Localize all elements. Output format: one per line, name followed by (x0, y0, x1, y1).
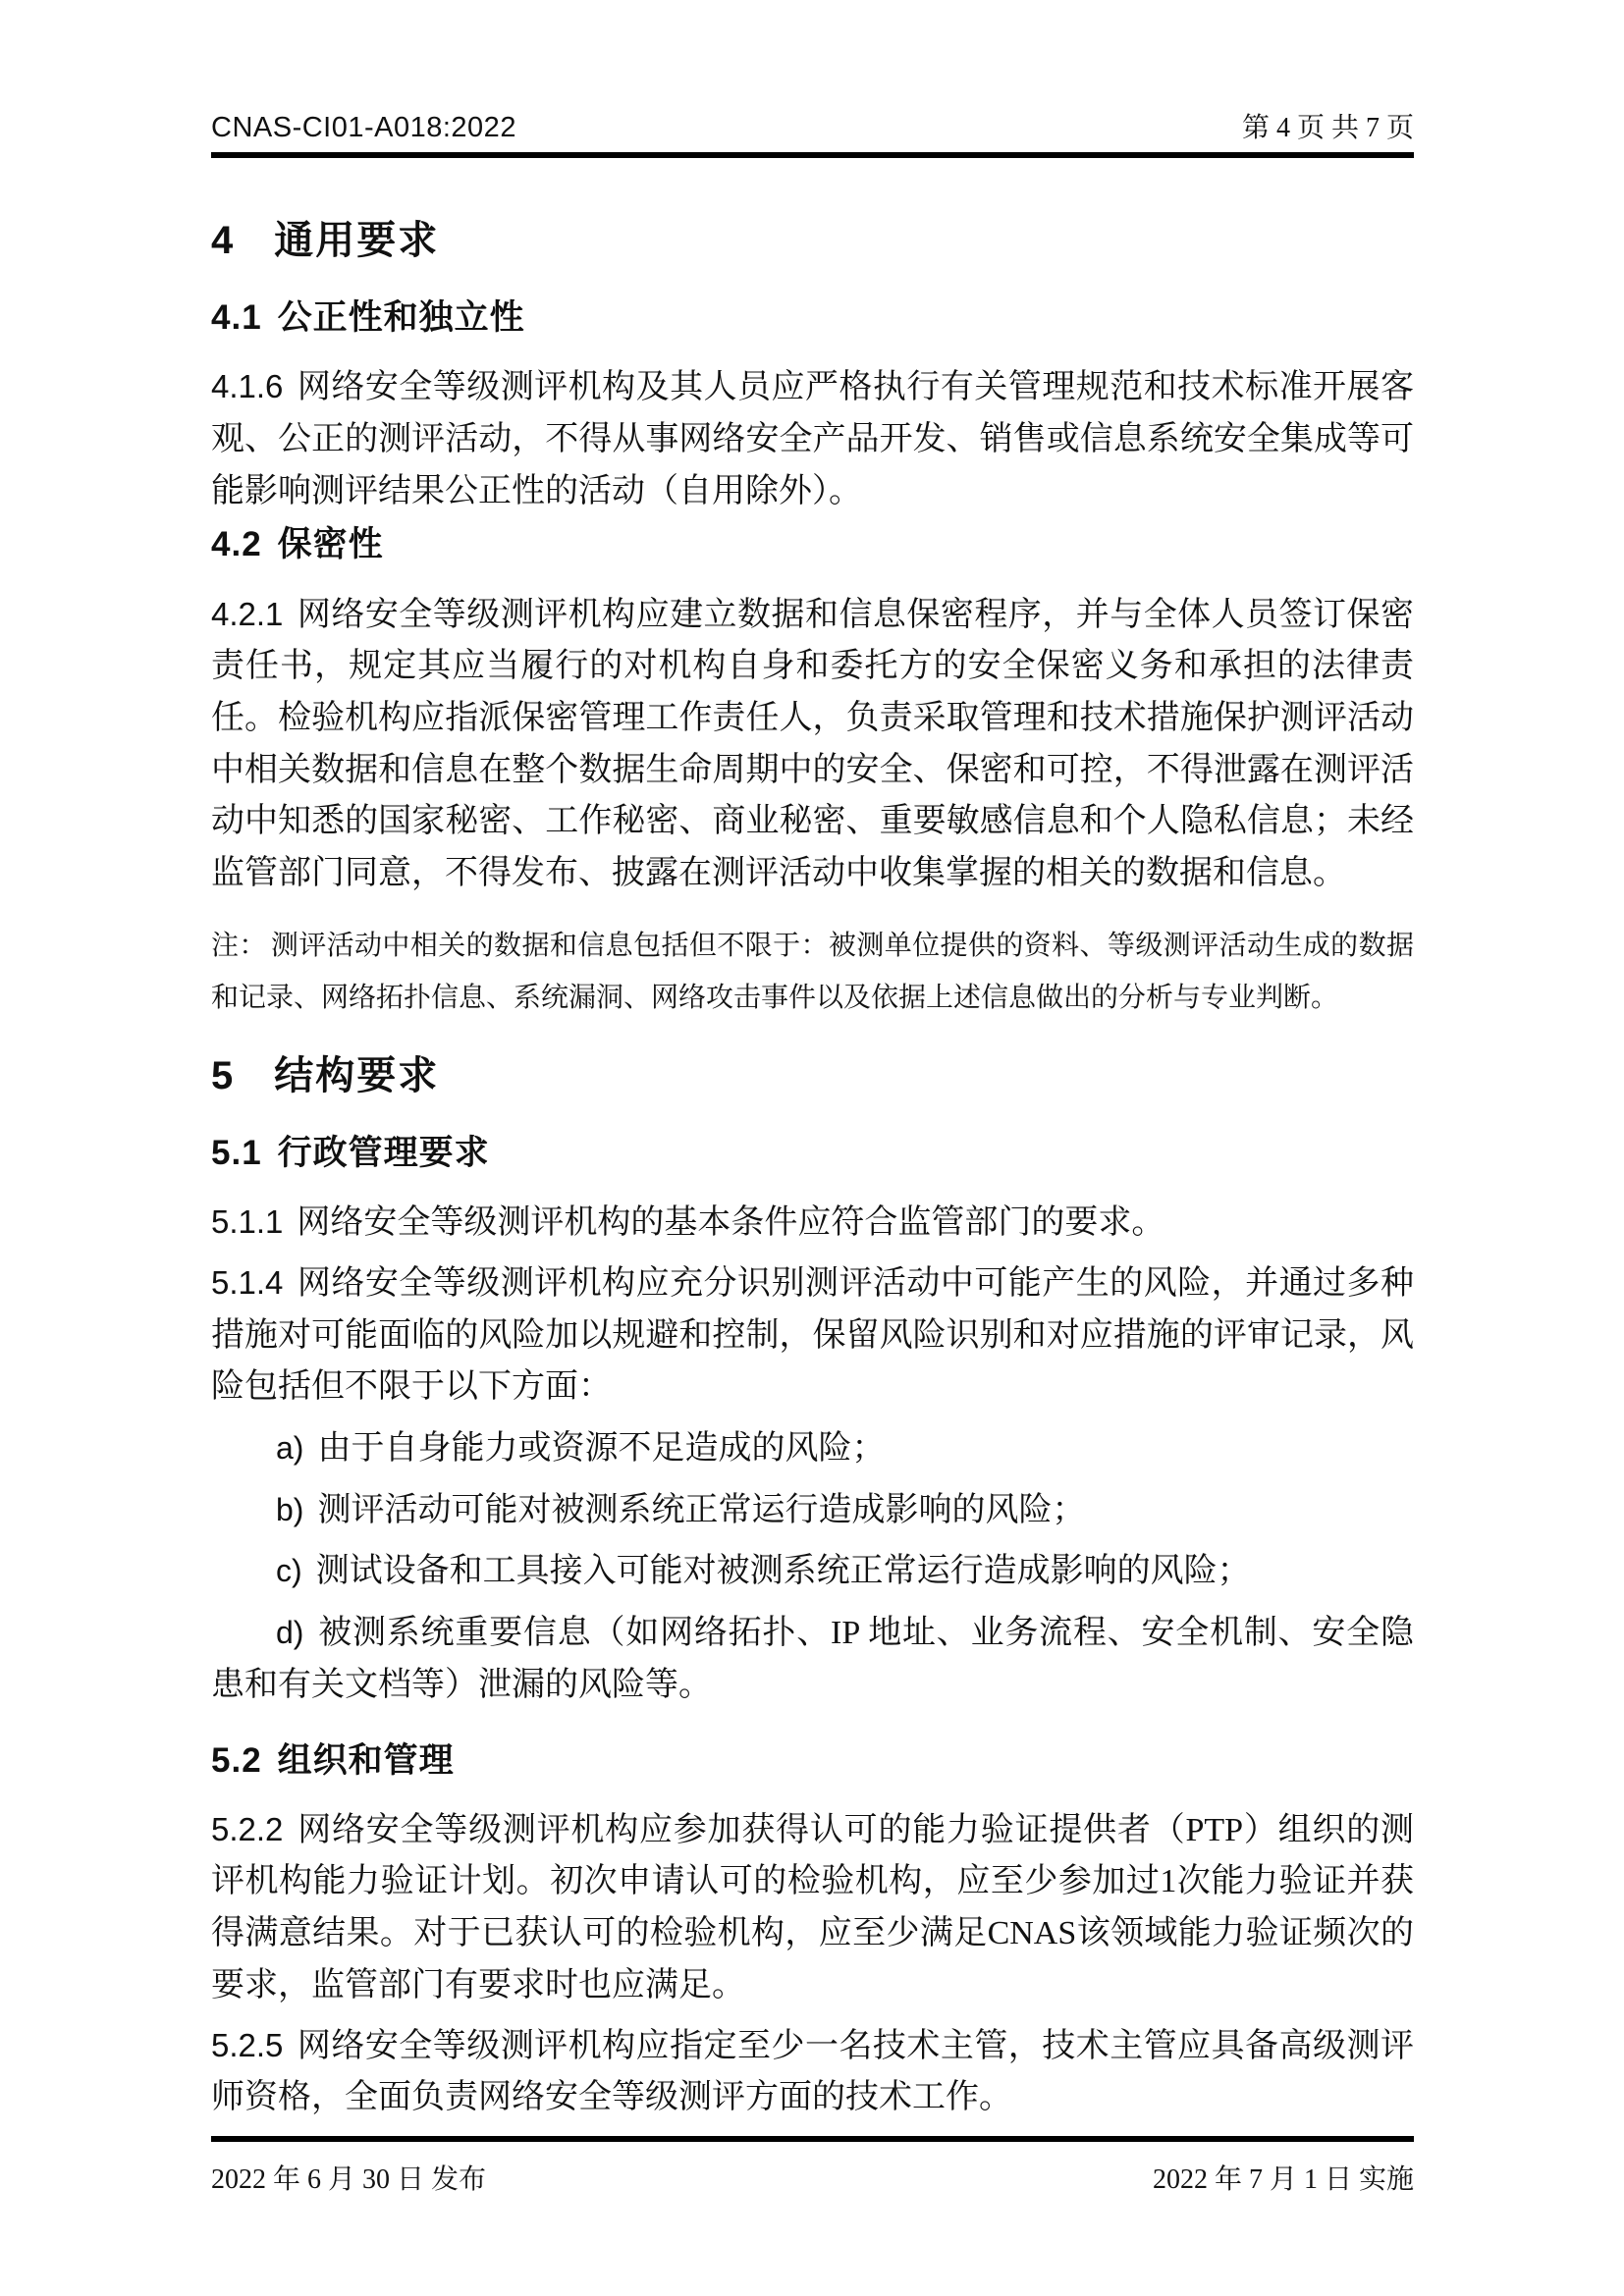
clause-5-2-2-text: 网络安全等级测评机构应参加获得认可的能力验证提供者（PTP）组织的测评机构能力验… (211, 1812, 1414, 2003)
clause-5-2-5-text: 网络安全等级测评机构应指定至少一名技术主管，技术主管应具备高级测评师资格，全面负… (211, 2028, 1414, 2116)
section-5-1-heading: 5.1行政管理要求 (211, 1134, 1414, 1173)
section-5-2-number: 5.2 (211, 1741, 262, 1780)
clause-5-2-5: 5.2.5网络安全等级测评机构应指定至少一名技术主管，技术主管应具备高级测评师资… (211, 2020, 1414, 2124)
section-4-heading: 4通用要求 (211, 218, 1414, 263)
clause-4-2-1: 4.2.1网络安全等级测评机构应建立数据和信息保密程序，并与全体人员签订保密责任… (211, 589, 1414, 900)
risk-item-c-text: 测试设备和工具接入可能对被测系统正常运行造成影响的风险； (316, 1553, 1251, 1589)
clause-5-2-2: 5.2.2网络安全等级测评机构应参加获得认可的能力验证提供者（PTP）组织的测评… (211, 1804, 1414, 2012)
implementation-date: 2022 年 7 月 1 日 实施 (1153, 2158, 1414, 2197)
document-content: 4通用要求 4.1公正性和独立性 4.1.6网络安全等级测评机构及其人员应严格执… (211, 159, 1414, 2124)
risk-item-b: b)测评活动可能对被测系统正常运行造成影响的风险； (211, 1485, 1414, 1537)
section-4-2-title: 保密性 (278, 525, 384, 563)
section-5-2-title: 组织和管理 (278, 1741, 455, 1780)
risk-item-a-label: a) (276, 1430, 303, 1466)
page-header: CNAS-CI01-A018:2022 第 4 页 共 7 页 (211, 106, 1414, 145)
section-4-title: 通用要求 (274, 219, 439, 262)
risk-item-a-text: 由于自身能力或资源不足造成的风险； (317, 1430, 885, 1467)
risk-item-b-label: b) (276, 1492, 303, 1527)
clause-5-1-4: 5.1.4网络安全等级测评机构应充分识别测评活动中可能产生的风险，并通过多种措施… (211, 1257, 1414, 1414)
clause-5-2-2-number: 5.2.2 (211, 1811, 283, 1847)
section-5-2-heading: 5.2组织和管理 (211, 1741, 1414, 1781)
section-5-1-title: 行政管理要求 (278, 1134, 490, 1172)
clause-4-2-1-text: 网络安全等级测评机构应建立数据和信息保密程序，并与全体人员签订保密责任书，规定其… (211, 597, 1414, 891)
risk-item-b-text: 测评活动可能对被测系统正常运行造成影响的风险； (317, 1492, 1085, 1528)
risk-item-a: a)由于自身能力或资源不足造成的风险； (211, 1423, 1414, 1475)
clause-4-2-1-number: 4.2.1 (211, 596, 283, 632)
clause-5-1-4-text: 网络安全等级测评机构应充分识别测评活动中可能产生的风险，并通过多种措施对可能面临… (211, 1265, 1414, 1405)
section-5-heading: 5结构要求 (211, 1053, 1414, 1098)
risk-item-d: d)被测系统重要信息（如网络拓扑、IP 地址、业务流程、安全机制、安全隐患和有关… (211, 1608, 1414, 1711)
clause-4-1-6-text: 网络安全等级测评机构及其人员应严格执行有关管理规范和技术标准开展客观、公正的测评… (211, 369, 1414, 508)
footer-rule (211, 2136, 1414, 2142)
clause-5-1-1: 5.1.1网络安全等级测评机构的基本条件应符合监管部门的要求。 (211, 1197, 1414, 1250)
document-page: CNAS-CI01-A018:2022 第 4 页 共 7 页 4通用要求 4.… (0, 0, 1624, 2296)
risk-item-d-label: d) (276, 1615, 303, 1650)
clause-5-1-1-number: 5.1.1 (211, 1203, 283, 1240)
section-4-2-number: 4.2 (211, 525, 262, 563)
section-4-1-heading: 4.1公正性和独立性 (211, 298, 1414, 338)
release-date: 2022 年 6 月 30 日 发布 (211, 2158, 486, 2197)
section-4-2-heading: 4.2保密性 (211, 525, 1414, 564)
risk-item-d-text: 被测系统重要信息（如网络拓扑、IP 地址、业务流程、安全机制、安全隐患和有关文档… (211, 1615, 1414, 1703)
section-4-1-number: 4.1 (211, 298, 262, 337)
section-4-1-title: 公正性和独立性 (278, 298, 525, 337)
section-4-number: 4 (211, 219, 235, 262)
confidentiality-note: 注：测评活动中相关的数据和信息包括但不限于：被测单位提供的资料、等级测评活动生成… (211, 920, 1414, 1024)
clause-5-1-4-number: 5.1.4 (211, 1264, 283, 1301)
note-text: 测评活动中相关的数据和信息包括但不限于：被测单位提供的资料、等级测评活动生成的数… (211, 931, 1414, 1013)
document-code: CNAS-CI01-A018:2022 (211, 112, 516, 144)
clause-5-1-1-text: 网络安全等级测评机构的基本条件应符合监管部门的要求。 (297, 1204, 1164, 1241)
clause-4-1-6-number: 4.1.6 (211, 368, 283, 404)
page-footer: 2022 年 6 月 30 日 发布 2022 年 7 月 1 日 实施 (211, 2158, 1414, 2197)
risk-item-c: c)测试设备和工具接入可能对被测系统正常运行造成影响的风险； (211, 1546, 1414, 1598)
page-number-indicator: 第 4 页 共 7 页 (1242, 106, 1414, 145)
section-5-1-number: 5.1 (211, 1134, 262, 1172)
risk-item-c-label: c) (276, 1553, 302, 1588)
header-rule (211, 152, 1414, 158)
section-5-number: 5 (211, 1054, 235, 1097)
clause-4-1-6: 4.1.6网络安全等级测评机构及其人员应严格执行有关管理规范和技术标准开展客观、… (211, 361, 1414, 517)
note-label: 注： (211, 931, 267, 961)
clause-5-2-5-number: 5.2.5 (211, 2027, 283, 2063)
section-5-title: 结构要求 (274, 1054, 439, 1097)
